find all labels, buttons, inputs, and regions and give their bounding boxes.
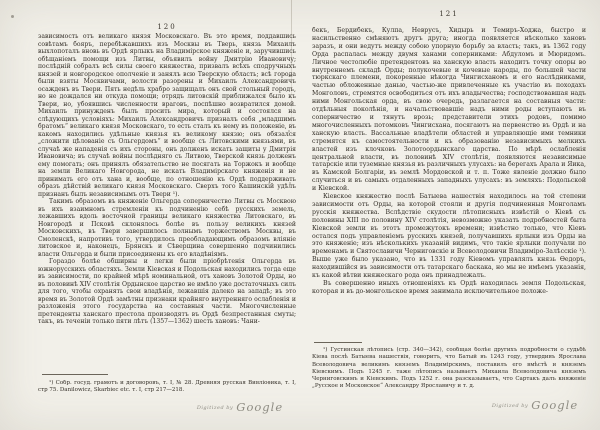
left-page-number: 120 (38, 23, 296, 31)
book-scan: 120 зависимость отъ великаго князя Моско… (0, 0, 600, 430)
watermark-prefix-label: Digitized by (492, 403, 528, 409)
left-page-footnote: ¹) Собр. госуд. грамотъ и договоровъ, т.… (38, 380, 296, 396)
footnote-rule (42, 374, 108, 375)
google-watermark: Digitized byGoogle (455, 394, 600, 413)
right-page-body: бекъ, Бердибекъ, Кулпа, Неврусъ, Хидырь … (312, 27, 586, 340)
google-logo: Google (531, 398, 578, 412)
paragraph: бекъ, Бердибекъ, Кулпа, Неврусъ, Хидырь … (312, 27, 586, 193)
google-logo: Google (236, 400, 283, 414)
left-page-body: зависимость отъ великаго князя Московска… (38, 33, 296, 369)
paragraph: Кіевское княжество послѣ Батыева нашеств… (312, 193, 586, 280)
footnote-text: ¹) Густинская лѣтопись (стр. 340—342), с… (312, 347, 586, 391)
scan-speck (11, 15, 14, 18)
watermark-prefix-label: Digitized by (197, 405, 233, 411)
right-page-number: 121 (312, 10, 586, 18)
google-watermark: Digitized byGoogle (160, 396, 320, 415)
paragraph: зависимость отъ великаго князя Московска… (38, 33, 296, 198)
footnote-text: ¹) Собр. госуд. грамотъ и договоровъ, т.… (38, 380, 296, 394)
paragraph: Въ совершенно иныхъ отношеніяхъ къ Ордѣ … (312, 280, 586, 296)
footnote-rule (314, 342, 362, 343)
paragraph: Такимъ образомъ въ княженіе Ольгерда соп… (38, 198, 296, 258)
paragraph: Гораздо болѣе обширны и легки были пріоб… (38, 258, 296, 326)
